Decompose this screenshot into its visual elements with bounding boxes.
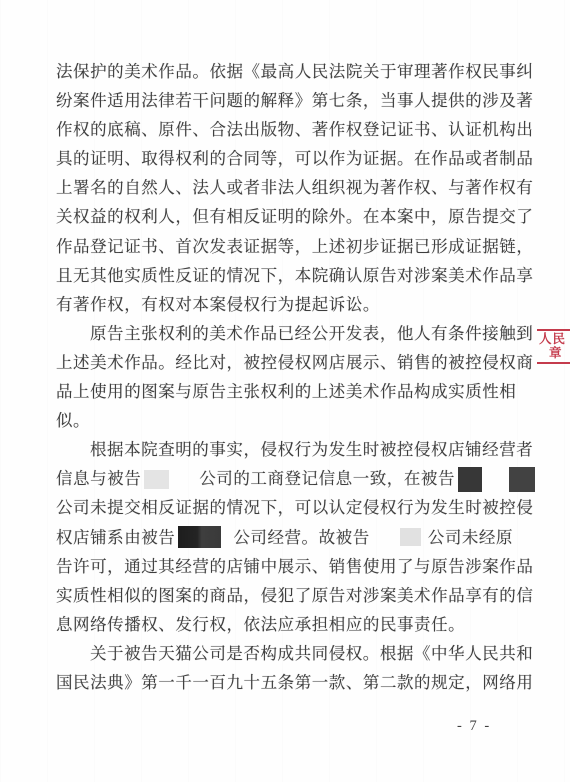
scanned-judgment-page: 法保护的美术作品。依据《最高人民法院关于审理著作权民事纠 纷案件适用法律若干问题… [0,0,570,782]
paragraph-infringement-finding: 根据本院查明的事实，侵权行为发生时被控侵权店铺经营者 信息与被告公司的工商登记信… [56,435,538,639]
text-line: 上署名的自然人、法人或者非法人组织视为著作权、与著作权有 [56,173,538,202]
text-line: 实质性相似的图案的商品，侵犯了原告对涉案美术作品享有的信 [56,581,538,610]
text-line: 品上使用的图案与原告主张权利的上述美术作品构成实质性相 [56,377,538,406]
redaction-block [458,467,482,492]
judgment-body-text: 法保护的美术作品。依据《最高人民法院关于审理著作权民事纠 纷案件适用法律若干问题… [56,57,538,697]
text-line: 纷案件适用法律若干问题的解释》第七条，当事人提供的涉及著 [56,86,538,115]
text-line: 根据本院查明的事实，侵权行为发生时被控侵权店铺经营者 [56,435,538,464]
text-segment: 权店铺系由被告 [56,528,175,547]
text-line: 国民法典》第一千一百九十五条第一款、第二款的规定，网络用 [56,668,538,697]
paragraph-substantial-similarity: 原告主张权利的美术作品已经公开发表，他人有条件接触到 上述美术作品。经比对，被控… [56,319,538,435]
seal-text-bottom: 章 [539,347,570,361]
redaction-block [509,467,535,492]
text-line-with-redactions: 信息与被告公司的工商登记信息一致，在被告 [56,464,538,493]
paragraph-evidence-rules: 法保护的美术作品。依据《最高人民法院关于审理著作权民事纠 纷案件适用法律若干问题… [56,57,538,319]
text-line: 作品登记证书、首次发表证据等，上述初步证据已形成证据链， [56,232,538,261]
text-line: 公司未提交相反证据的情况下，可以认定侵权行为发生时被控侵 [56,493,538,522]
text-segment: 公司经营。故被告 [233,528,369,547]
text-line: 息网络传播权、发行权，依法应承担相应的民事责任。 [56,610,538,639]
redaction-block [400,528,421,546]
text-line: 法保护的美术作品。依据《最高人民法院关于审理著作权民事纠 [56,57,538,86]
text-segment: 公司的工商登记信息一致，在被告 [199,469,455,488]
text-line: 似。 [56,406,538,435]
text-line: 关权益的权利人，但有相反证明的除外。在本案中，原告提交了 [56,202,538,231]
redaction-block [178,526,221,548]
text-line: 有著作权，有权对本案侵权行为提起诉讼。 [56,290,538,319]
paragraph-joint-infringement: 关于被告天猫公司是否构成共同侵权。根据《中华人民共和 国民法典》第一千一百九十五… [56,639,538,697]
text-segment: 信息与被告 [56,469,141,488]
text-line: 关于被告天猫公司是否构成共同侵权。根据《中华人民共和 [56,639,538,668]
redaction-block [144,470,169,489]
text-line-with-redactions: 权店铺系由被告公司经营。故被告公司未经原 [56,523,538,552]
page-number: - 7 - [457,718,491,735]
text-line: 且无其他实质性反证的情况下，本院确认原告对涉案美术作品享 [56,261,538,290]
text-line: 原告主张权利的美术作品已经公开发表，他人有条件接触到 [56,319,538,348]
seal-text-top: 人民 [539,333,570,347]
text-line: 作权的底稿、原件、合法出版物、著作权登记证书、认证机构出 [56,115,538,144]
text-segment: 公司未经原 [428,528,513,547]
text-line: 上述美术作品。经比对，被控侵权网店展示、销售的被控侵权商 [56,348,538,377]
text-line: 告许可，通过其经营的店铺中展示、销售使用了与原告涉案作品 [56,552,538,581]
text-line: 具的证明、取得权利的合同等，可以作为证据。在作品或者制品 [56,144,538,173]
red-court-seal-fragment: 人民 章 [537,329,570,364]
